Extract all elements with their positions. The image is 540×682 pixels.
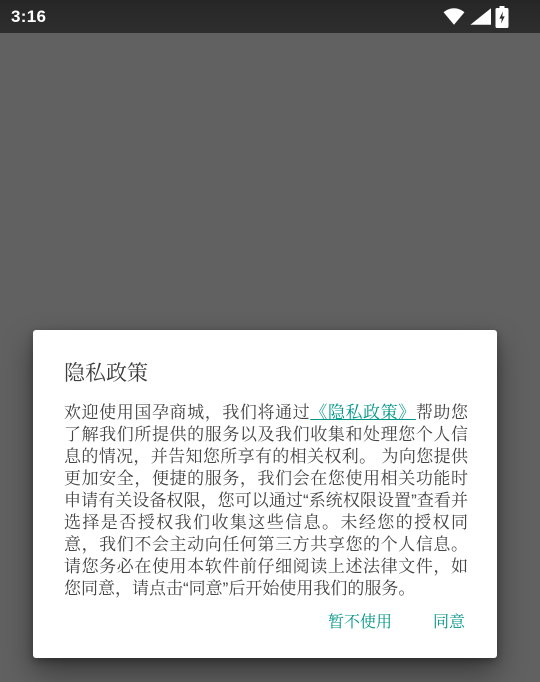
dialog-message-before-link: 欢迎使用国孕商城，我们将通过 [64, 403, 310, 422]
privacy-policy-dialog: 隐私政策 欢迎使用国孕商城，我们将通过《隐私政策》帮助您了解我们所提供的服务以及… [33, 330, 497, 658]
dialog-actions: 暂不使用 同意 [312, 602, 481, 638]
battery-charging-icon [495, 6, 509, 28]
privacy-policy-link[interactable]: 《隐私政策》 [310, 403, 416, 422]
status-bar: 3:16 [0, 0, 540, 33]
status-bar-icons [443, 6, 509, 28]
status-bar-clock: 3:16 [11, 7, 46, 27]
cellular-signal-icon [469, 8, 491, 25]
dialog-title: 隐私政策 [64, 357, 467, 387]
decline-button[interactable]: 暂不使用 [312, 602, 408, 638]
agree-button[interactable]: 同意 [417, 602, 481, 638]
dialog-message: 欢迎使用国孕商城，我们将通过《隐私政策》帮助您了解我们所提供的服务以及我们收集和… [64, 402, 468, 600]
wifi-icon [443, 8, 465, 25]
android-screen: 3:16 隐私政策 欢迎使用国孕商城，我们将通过 [0, 0, 540, 682]
dialog-message-after-link: 帮助您了解我们所提供的服务以及我们收集和处理您个人信息的情况，并告知您所享有的相… [64, 403, 468, 598]
